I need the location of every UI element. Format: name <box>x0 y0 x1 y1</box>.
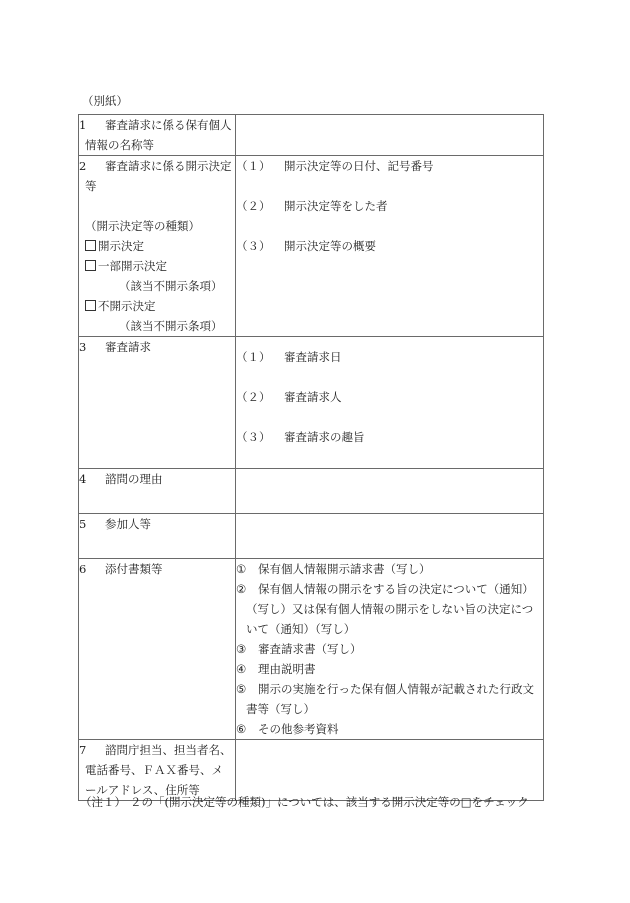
spacer <box>79 196 235 216</box>
attachment-item-continued: いて（通知）（写し） <box>236 619 543 639</box>
row-label-cell: 5参加人等 <box>79 514 236 559</box>
row-label-cell: 3審査請求 <box>79 337 236 469</box>
attachment-item: ⑤開示の実施を行った保有個人情報が記載された行政文 <box>236 679 543 699</box>
row-heading-continued: 情報の名称等 <box>79 135 235 155</box>
spacer <box>236 407 543 427</box>
consultation-reason-field[interactable] <box>236 469 544 514</box>
row-label-cell: 1審査請求に係る保有個人 情報の名称等 <box>79 115 236 156</box>
table-row-participants: 5参加人等 <box>79 514 544 559</box>
row-label-cell: 6添付書類等 <box>79 559 236 740</box>
attachment-item: ③審査請求書（写し） <box>236 639 543 659</box>
row-label-cell: 4諮問の理由 <box>79 469 236 514</box>
attachment-label: （別紙） <box>82 93 128 109</box>
row-heading-continued: 電話番号、ＦＡＸ番号、メ <box>79 760 235 780</box>
decision-item-issuer: （２）開示決定等をした者 <box>236 196 543 216</box>
row-label-cell: 7諮問庁担当、担当者名、 電話番号、ＦＡＸ番号、メ ールアドレス、住所等 <box>79 740 236 801</box>
row-heading: 4諮問の理由 <box>79 469 235 489</box>
table-row-disclosure-decision: 2審査請求に係る開示決定 等 （開示決定等の種類） 開示決定 一部開示決定 （該… <box>79 156 544 337</box>
review-request-details: （１）審査請求日 （２）審査請求人 （３）審査請求の趣旨 <box>236 337 544 469</box>
decision-item-date: （１）開示決定等の日付、記号番号 <box>236 156 543 176</box>
checkbox-icon[interactable] <box>85 240 96 251</box>
decision-item-summary: （３）開示決定等の概要 <box>236 236 543 256</box>
disclosure-decision-details: （１）開示決定等の日付、記号番号 （２）開示決定等をした者 （３）開示決定等の概… <box>236 156 544 337</box>
request-item-purpose: （３）審査請求の趣旨 <box>236 427 543 447</box>
table-row-personal-info-name: 1審査請求に係る保有個人 情報の名称等 <box>79 115 544 156</box>
request-item-requester: （２）審査請求人 <box>236 387 543 407</box>
applicable-clause-label: （該当不開示条項） <box>79 316 235 336</box>
checkbox-icon[interactable] <box>85 260 96 271</box>
agency-contact-field[interactable] <box>236 740 544 801</box>
checkbox-partial-disclosure[interactable]: 一部開示決定 <box>79 256 235 276</box>
spacer <box>236 216 543 236</box>
participants-field[interactable] <box>236 514 544 559</box>
checkbox-icon[interactable] <box>85 300 96 311</box>
spacer <box>236 176 543 196</box>
decision-types-heading: （開示決定等の種類） <box>79 216 235 236</box>
applicable-clause-label: （該当不開示条項） <box>79 276 235 296</box>
attachment-item: ①保有個人情報開示請求書（写し） <box>236 559 543 579</box>
attachment-item-continued: （写し）又は保有個人情報の開示をしない旨の決定につ <box>236 599 543 619</box>
table-row-agency-contact: 7諮問庁担当、担当者名、 電話番号、ＦＡＸ番号、メ ールアドレス、住所等 <box>79 740 544 801</box>
row-heading-continued: 等 <box>79 176 235 196</box>
review-form-table: 1審査請求に係る保有個人 情報の名称等 2審査請求に係る開示決定 等 （開示決定… <box>78 114 544 801</box>
row-heading: 2審査請求に係る開示決定 <box>79 156 235 176</box>
row-heading: 3審査請求 <box>79 337 235 357</box>
row-heading: 5参加人等 <box>79 514 235 534</box>
row-heading: 6添付書類等 <box>79 559 235 579</box>
table-row-review-request: 3審査請求 （１）審査請求日 （２）審査請求人 （３）審査請求の趣旨 <box>79 337 544 469</box>
checkbox-full-disclosure[interactable]: 開示決定 <box>79 236 235 256</box>
spacer <box>236 367 543 387</box>
attachment-item-continued: 書等（写し） <box>236 699 543 719</box>
footnote: （注１）２の「(開示決定等の種類)」については、該当する開示決定等の□をチェック <box>80 794 529 810</box>
row-label-cell: 2審査請求に係る開示決定 等 （開示決定等の種類） 開示決定 一部開示決定 （該… <box>79 156 236 337</box>
footnote-text: ２の「(開示決定等の種類)」については、該当する開示決定等の□をチェック <box>130 795 529 809</box>
attachment-item: ⑥その他参考資料 <box>236 719 543 739</box>
personal-info-name-field[interactable] <box>236 115 544 156</box>
attachments-list: ①保有個人情報開示請求書（写し） ②保有個人情報の開示をする旨の決定について（通… <box>236 559 544 740</box>
row-heading: 1審査請求に係る保有個人 <box>79 115 235 135</box>
checkbox-non-disclosure[interactable]: 不開示決定 <box>79 296 235 316</box>
attachment-item: ②保有個人情報の開示をする旨の決定について（通知） <box>236 579 543 599</box>
attachment-item: ④理由説明書 <box>236 659 543 679</box>
table-row-attachments: 6添付書類等 ①保有個人情報開示請求書（写し） ②保有個人情報の開示をする旨の決… <box>79 559 544 740</box>
request-item-date: （１）審査請求日 <box>236 347 543 367</box>
table-row-consultation-reason: 4諮問の理由 <box>79 469 544 514</box>
row-heading: 7諮問庁担当、担当者名、 <box>79 740 235 760</box>
footnote-label: （注１） <box>80 794 130 810</box>
document-page: （別紙） 1審査請求に係る保有個人 情報の名称等 2審査請求に係る開示決定 等 … <box>0 0 630 903</box>
